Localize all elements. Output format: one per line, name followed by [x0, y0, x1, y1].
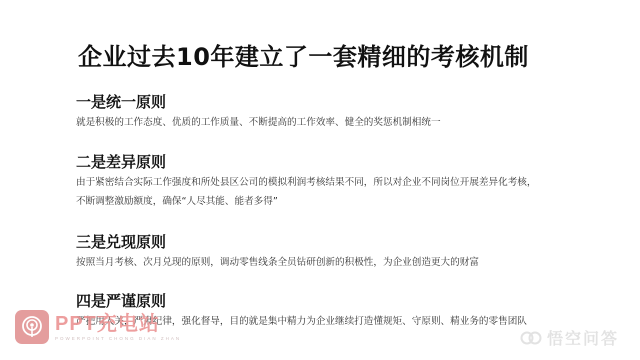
- slide-title: 企业过去10年建立了一套精细的考核机制: [78, 37, 529, 72]
- section-heading: 一是统一原则: [76, 92, 441, 112]
- watermark-brand-name: PPT充电站: [55, 313, 181, 335]
- section-difference-principle: 二是差异原则 由于紧密结合实际工作强度和所处县区公司的模拟利润考核结果不同，所以…: [76, 152, 537, 211]
- section-heading: 四是严谨原则: [76, 291, 527, 311]
- section-body-line: 不断调整激励额度，确保“人尽其能、能者多得”: [76, 192, 537, 211]
- section-fulfillment-principle: 三是兑现原则 按照当月考核、次月兑现的原则，调动零售线条全员钻研创新的积极性，为…: [76, 232, 479, 272]
- ppt-logo-icon: [15, 310, 49, 344]
- section-unified-principle: 一是统一原则 就是积极的工作态度、优质的工作质量、不断提高的工作效率、健全的奖惩…: [76, 92, 441, 132]
- watermark-brand-subtitle: POWERPOINT CHONG DIAN ZHAN: [55, 336, 181, 341]
- section-heading: 二是差异原则: [76, 152, 537, 172]
- section-body-line: 就是积极的工作态度、优质的工作质量、不断提高的工作效率、健全的奖惩机制相统一: [76, 113, 441, 132]
- watermark-text: 悟空问答: [547, 326, 619, 349]
- wukong-watermark: 悟空问答: [520, 326, 619, 349]
- slide: 企业过去10年建立了一套精细的考核机制 一是统一原则 就是积极的工作态度、优质的…: [0, 0, 640, 360]
- section-body-line: 按照当月考核、次月兑现的原则，调动零售线条全员钻研创新的积极性，为企业创造更大的…: [76, 253, 479, 272]
- ppt-watermark: PPT充电站 POWERPOINT CHONG DIAN ZHAN: [15, 310, 181, 344]
- section-body-line: 由于紧密结合实际工作强度和所处县区公司的模拟利润考核结果不同，所以对企业不同岗位…: [76, 173, 537, 192]
- chat-bubbles-icon: [520, 331, 542, 345]
- section-heading: 三是兑现原则: [76, 232, 479, 252]
